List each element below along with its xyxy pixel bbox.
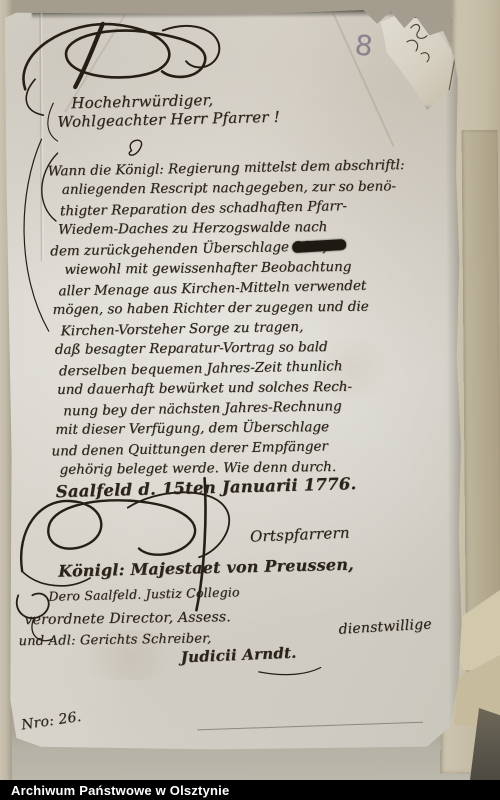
closing-line: verordnete Director, Assess. [24,609,231,628]
manuscript-page: Hochehrwürdiger, Wohlgeachter Herr Pfarr… [5,9,464,752]
paper-crease [39,11,45,261]
faint-pencil-line [197,722,423,731]
signature: Judicii Arndt. [180,644,296,667]
pencil-page-number: 8 [353,28,375,63]
archive-name-label: Archiwum Państwowe w Olsztynie [0,783,229,798]
archive-footer-bar: Archiwum Państwowe w Olsztynie [0,780,500,800]
manuscript-body: Wann die Königl: Regierung mittelst dem … [48,157,442,479]
deckle-edge [32,9,445,20]
archive-scan-viewer: { "archive_footer": { "label": "Archiwum… [0,0,500,800]
closing-line: Dero Saalfeld. Justiz Collegio [48,584,240,604]
closing-line: Königl: Majestaet von Preussen, [58,555,354,581]
margin-note: Nro: 26. [20,709,82,734]
closing-line: und Adl: Gerichts Schreiber, [18,631,211,649]
closing-addressee: Ortspfarrern [250,524,350,546]
salutation-line: Wohlgeachter Herr Pfarrer ! [57,108,280,131]
closing-courtesy: dienstwillige [338,616,432,637]
